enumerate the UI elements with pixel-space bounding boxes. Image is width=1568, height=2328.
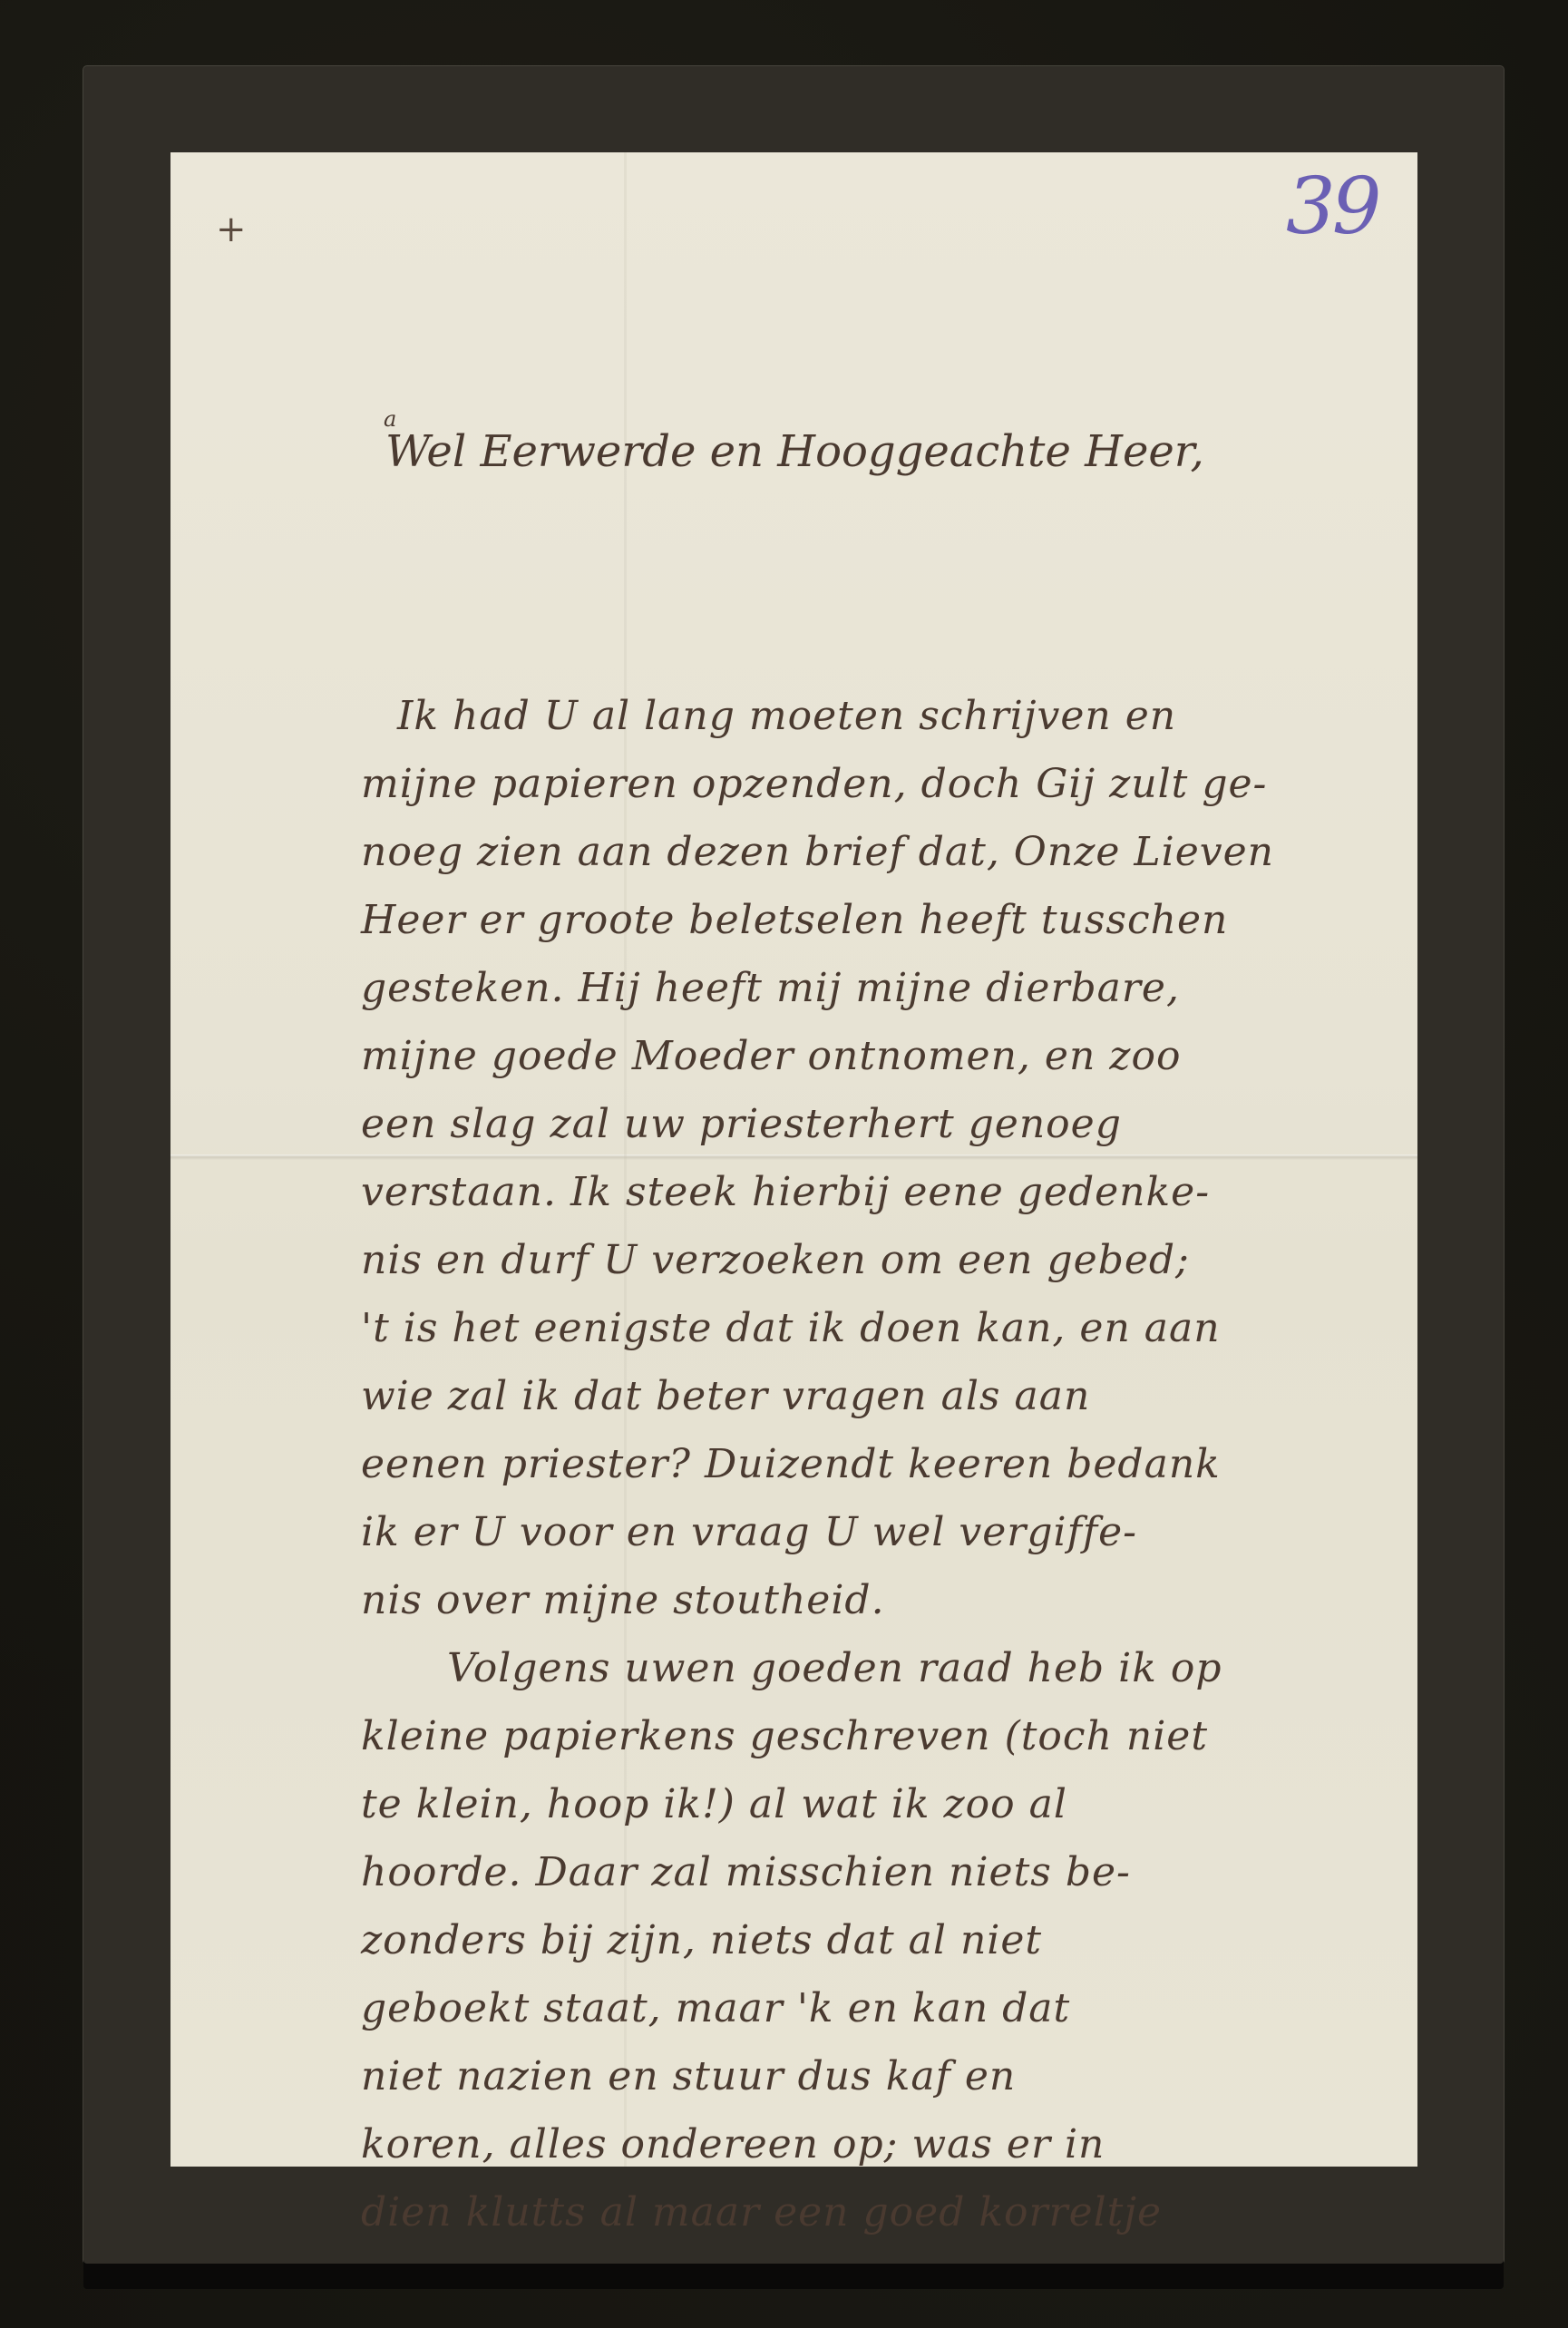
letter-body: Ik had U al lang moeten schrijven en mij…	[361, 682, 1404, 2246]
body-line: Ik had U al lang moeten schrijven en	[361, 682, 1404, 750]
salutation: a Wel Eerwerde en Hooggeachte Heer,	[385, 426, 1204, 477]
body-line: hoorde. Daar zal misschien niets be-	[361, 1838, 1404, 1906]
body-line: Heer er groote beletselen heeft tusschen	[361, 886, 1404, 954]
body-line: kleine papierkens geschreven (toch niet	[361, 1702, 1404, 1770]
body-line: nis over mijne stoutheid.	[361, 1566, 1404, 1634]
body-line: noeg zien aan dezen brief dat, Onze Liev…	[361, 818, 1404, 886]
body-line: verstaan. Ik steek hierbij eene gedenke-	[361, 1158, 1404, 1226]
body-line: ik er U voor en vraag U wel vergiffe-	[361, 1498, 1404, 1566]
body-line: mijne papieren opzenden, doch Gij zult g…	[361, 750, 1404, 818]
body-line: gesteken. Hij heeft mij mijne dierbare,	[361, 954, 1404, 1022]
body-line: geboekt staat, maar 'k en kan dat	[361, 1974, 1404, 2042]
body-line: niet nazien en stuur dus kaf en	[361, 2042, 1404, 2110]
body-line: 't is het eenigste dat ik doen kan, en a…	[361, 1294, 1404, 1362]
body-line: nis en durf U verzoeken om een gebed;	[361, 1226, 1404, 1294]
body-line: een slag zal uw priesterhert genoeg	[361, 1090, 1404, 1158]
body-line: te klein, hoop ik!) al wat ik zoo al	[361, 1770, 1404, 1838]
margin-cross-mark: +	[216, 209, 247, 250]
body-line: dien klutts al maar een goed korreltje	[361, 2178, 1404, 2246]
salutation-insertion-mark: a	[384, 406, 396, 432]
body-line: eenen priester? Duizendt keeren bedank	[361, 1430, 1404, 1498]
body-line: wie zal ik dat beter vragen als aan	[361, 1362, 1404, 1430]
body-line: Volgens uwen goeden raad heb ik op	[361, 1634, 1404, 1702]
body-line: mijne goede Moeder ontnomen, en zoo	[361, 1022, 1404, 1090]
archive-page-number: 39	[1286, 161, 1378, 252]
body-line: koren, alles ondereen op; was er in	[361, 2110, 1404, 2178]
body-line: zonders bij zijn, niets dat al niet	[361, 1906, 1404, 1974]
salutation-text: Wel Eerwerde en Hooggeachte Heer,	[385, 426, 1204, 477]
